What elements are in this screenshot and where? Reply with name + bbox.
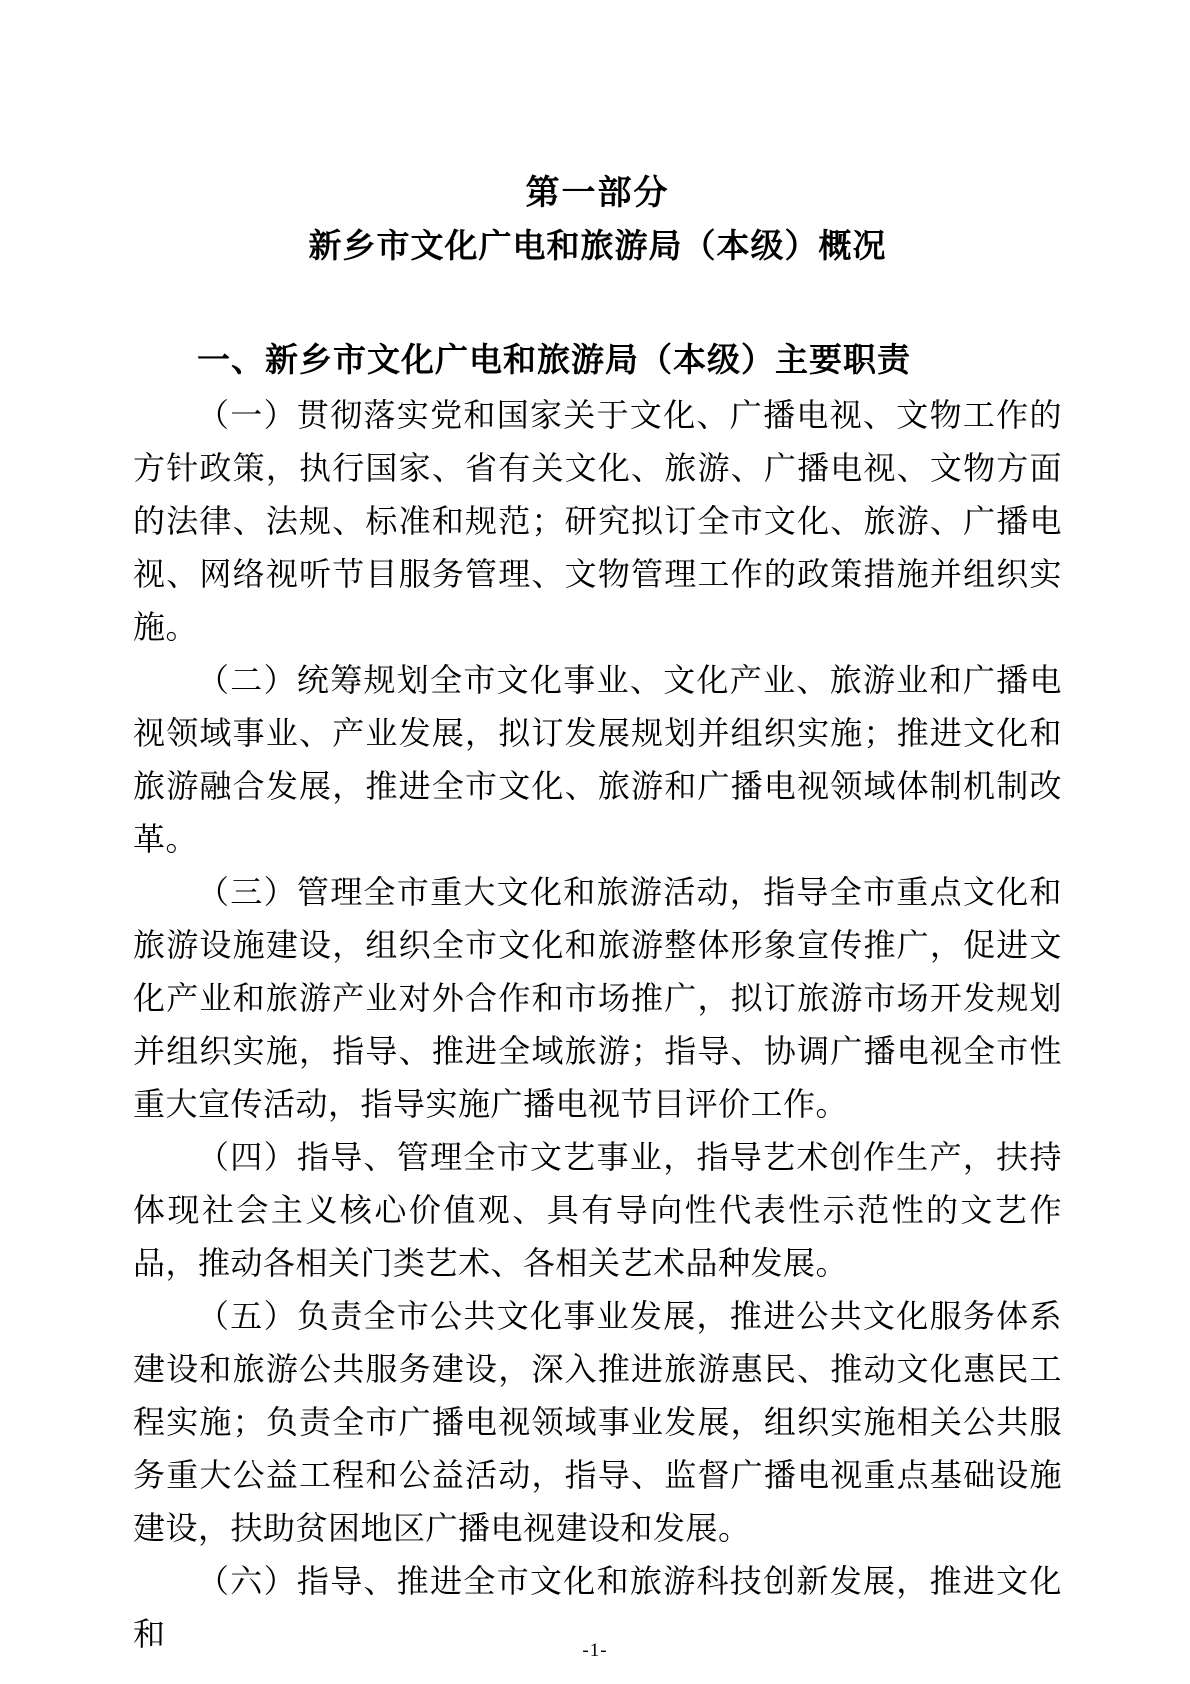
- paragraph-duty-1: （一）贯彻落实党和国家关于文化、广播电视、文物工作的方针政策，执行国家、省有关文…: [133, 389, 1062, 654]
- document-title: 新乡市文化广电和旅游局（本级）概况: [133, 223, 1062, 269]
- page-number: -1-: [0, 1640, 1190, 1662]
- document-page: 第一部分 新乡市文化广电和旅游局（本级）概况 一、新乡市文化广电和旅游局（本级）…: [0, 0, 1190, 1684]
- document-content: 第一部分 新乡市文化广电和旅游局（本级）概况 一、新乡市文化广电和旅游局（本级）…: [133, 170, 1062, 1661]
- paragraph-duty-2: （二）统筹规划全市文化事业、文化产业、旅游业和广播电视领域事业、产业发展，拟订发…: [133, 654, 1062, 866]
- paragraph-duty-5: （五）负责全市公共文化事业发展，推进公共文化服务体系建设和旅游公共服务建设，深入…: [133, 1290, 1062, 1555]
- part-title: 第一部分: [133, 170, 1062, 216]
- section-heading: 一、新乡市文化广电和旅游局（本级）主要职责: [133, 337, 1062, 383]
- paragraph-duty-4: （四）指导、管理全市文艺事业，指导艺术创作生产，扶持体现社会主义核心价值观、具有…: [133, 1131, 1062, 1290]
- paragraph-duty-3: （三）管理全市重大文化和旅游活动，指导全市重点文化和旅游设施建设，组织全市文化和…: [133, 866, 1062, 1131]
